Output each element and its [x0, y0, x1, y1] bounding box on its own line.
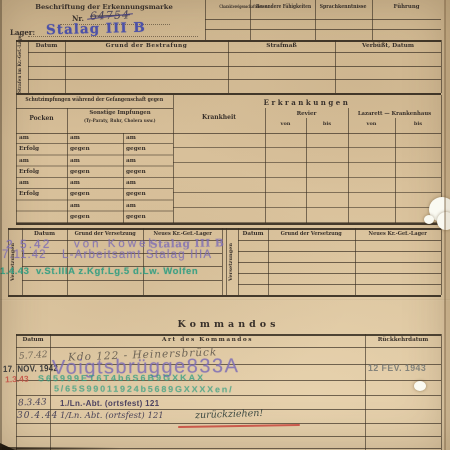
transfer-header-lager-2: Neues Kr.-Gef.-Lager — [355, 231, 441, 237]
rule — [205, 29, 441, 30]
ghost-stamp-green-1: S65999ET6T4b6S6B9GXKAX — [38, 373, 205, 383]
vacc-cell: gegen — [67, 212, 123, 223]
rule — [16, 347, 441, 348]
rule — [50, 334, 51, 450]
rule — [22, 280, 222, 281]
illness-row-lines — [173, 133, 441, 224]
rule — [238, 240, 441, 241]
transfer-stamp-arbeitsamt: L-Arbeitsamt Stalag IIIA — [62, 249, 212, 261]
rule — [28, 66, 441, 67]
vaccinations-title: Schutzimpfungen während der Gefangenscha… — [16, 97, 173, 103]
rule — [441, 40, 442, 93]
revier-von-label: von — [265, 121, 306, 127]
rule — [16, 223, 441, 225]
vacc-cell: am — [67, 178, 123, 189]
punishments-side-label: Strafen im Kr.-Gef.-Lager — [17, 41, 28, 93]
sonstige-header-line1: Sonstige Impfungen — [67, 110, 173, 116]
vacc-cell: gegen — [123, 144, 173, 155]
kommandos-title: Kommandos — [16, 319, 441, 330]
kommando-header-art: Art des Kommandos — [50, 337, 365, 343]
vacc-cell: Erfolg — [16, 167, 67, 178]
punish-header-datum: Datum — [28, 43, 65, 49]
vacc-cell: am — [123, 178, 173, 189]
rule — [365, 334, 366, 450]
vacc-cell: Erfolg — [16, 189, 67, 200]
transfer-header-lager: Neues Kr.-Gef.-Lager — [143, 231, 222, 237]
transfer-header-grund-2: Grund der Versetzung — [268, 231, 355, 237]
rule — [8, 295, 441, 297]
kommando-entry-4-date: 8.3.43 — [18, 398, 47, 409]
vacc-cell: gegen — [123, 189, 173, 200]
rule — [28, 79, 441, 80]
col-header-character: Charaktereigenschaften u. a. — [203, 4, 252, 10]
transfer-stamp-arbeitsamt-date: 7.11.42 — [2, 249, 47, 261]
rule — [441, 228, 442, 295]
rule — [226, 228, 227, 295]
vacc-cell: gegen — [123, 212, 173, 223]
illnesses-title: Erkrankungen — [173, 98, 441, 107]
krankheit-header: Krankheit — [173, 114, 265, 121]
date-stamp-17-nov-1942: 17. NOV. 1942 — [3, 363, 58, 374]
rule — [28, 52, 441, 53]
vacc-cell: am — [123, 201, 173, 212]
rule — [16, 334, 441, 336]
rule — [16, 436, 441, 437]
rule — [441, 334, 442, 450]
hole-punch — [414, 381, 426, 391]
vacc-cell: gegen — [67, 144, 123, 155]
rule — [16, 334, 17, 450]
vacc-cell: am — [16, 133, 67, 144]
paper-seam — [0, 299, 450, 301]
rule — [8, 228, 441, 230]
sonstige-header-line2: (Ty-Paraty, Ruhr, Cholera usw.) — [65, 119, 175, 124]
revier-header: Revier — [265, 111, 348, 117]
transfers-side-label-right: Versetzungen — [228, 231, 238, 293]
vacc-cell: am — [67, 201, 123, 212]
kommando-header-rueckkehr: Rückkehrdatum — [365, 337, 441, 343]
rule — [238, 262, 441, 263]
vacc-cell: am — [16, 156, 67, 167]
rule — [67, 228, 68, 295]
hole-punch — [424, 215, 434, 224]
red-underline — [178, 424, 300, 428]
kommando-entry-4-stamp: 1./Ln.-Abt. (ortsfest) 121 — [60, 399, 159, 408]
punish-header-grund: Grund der Bestrafung — [65, 43, 228, 49]
vacc-cell: gegen — [67, 189, 123, 200]
vacc-cell: gegen — [123, 167, 173, 178]
lazarett-bis-label: bis — [395, 121, 441, 127]
vacc-cell: gegen — [67, 167, 123, 178]
rule — [16, 395, 441, 396]
kommando-entry-5-text: 1/Ln. Abt. (ortsfest) 121 — [60, 411, 164, 421]
ghost-stamp-green-2: 5/65S99011924b5689GXXXXen/ — [54, 384, 233, 394]
rule — [238, 251, 441, 252]
lager-dotted-line — [28, 36, 198, 37]
vacc-cell-empty — [16, 212, 67, 223]
left-edge-shade — [0, 0, 2, 450]
vacc-cell: am — [16, 178, 67, 189]
transfer-stamp-wolfen-date: 1.4.43 — [0, 266, 29, 277]
lazarett-header: Lazarett — Krankenhaus — [348, 111, 441, 117]
vacc-cell-empty — [16, 201, 67, 212]
vacc-cell: am — [123, 156, 173, 167]
vacc-cell: am — [67, 156, 123, 167]
revier-bis-label: bis — [306, 121, 348, 127]
kommando-header-datum: Datum — [16, 337, 50, 343]
vacc-cell: Erfolg — [16, 144, 67, 155]
rule — [16, 93, 441, 95]
kommando-entry-1-date: 5.7.42 — [19, 350, 48, 362]
pow-record-card: Beschriftung der Erkennungsmarke Nr. 647… — [0, 0, 450, 450]
kommando-entry-5-date: 30.4.44 — [17, 411, 58, 421]
punish-header-strafmass: Strafmaß — [228, 43, 335, 49]
vacc-cell: am — [67, 133, 123, 144]
rule — [238, 284, 441, 285]
return-date-stamp: 12 FEV. 1943 — [368, 363, 426, 374]
transfer-stamp-wolfen: v.St.IIIA z.Kgf.Lg.5 d.Lw. Wolfen — [36, 266, 198, 277]
rule — [205, 19, 441, 20]
punish-header-verbuesst: Verbüßt, Datum — [335, 43, 441, 49]
col-header-conduct: Führung — [372, 4, 441, 10]
rule — [16, 423, 441, 424]
pocken-column: am Erfolg am Erfolg am Erfolg — [16, 133, 67, 223]
pocken-header: Pocken — [16, 115, 67, 122]
red-date-stamp: 1.3.43 — [5, 374, 29, 385]
rule — [16, 108, 173, 109]
page-edge-shade — [445, 0, 450, 450]
kommando-entry-5-note: zurückziehen! — [195, 408, 264, 421]
col-header-languages: Sprachkenntnisse — [315, 4, 372, 10]
transfer-header-datum-2: Datum — [238, 231, 268, 237]
sonstige-column-1: am gegen am gegen am gegen am gegen — [67, 133, 123, 223]
transfer-header-grund: Grund der Versetzung — [67, 231, 143, 237]
vacc-cell: am — [123, 133, 173, 144]
rule — [238, 273, 441, 274]
lazarett-von-label: von — [348, 121, 395, 127]
col-header-abilities: Besondere Fähigkeiten — [250, 4, 315, 10]
sonstige-column-2: am gegen am gegen am gegen am gegen — [123, 133, 173, 223]
